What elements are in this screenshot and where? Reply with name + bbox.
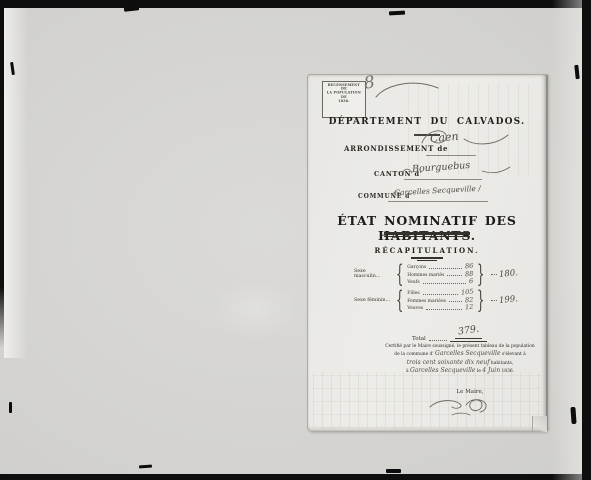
flourish-stroke bbox=[374, 79, 446, 101]
recap-male-group: Sexe masculin... { Garçons 86 Hommes mar… bbox=[354, 263, 518, 285]
stamp-line: 1836. bbox=[323, 99, 365, 103]
dotted-leader bbox=[491, 300, 497, 301]
certification-text: Certifié par le Maire soussigné, le prés… bbox=[380, 343, 540, 376]
recap-total-row: Total 379. bbox=[412, 318, 487, 342]
brace-close-icon: } bbox=[477, 289, 485, 311]
flourish-stroke bbox=[400, 161, 512, 179]
dotted-leader bbox=[449, 301, 462, 302]
cert-year: 1836. bbox=[501, 369, 514, 374]
male-subtotal: 180. bbox=[498, 268, 518, 280]
registration-mark bbox=[389, 11, 405, 16]
cert-date-value: 4 Juin bbox=[482, 367, 500, 374]
cert-print: à bbox=[406, 369, 409, 374]
cert-print: s'élevant à bbox=[502, 352, 526, 357]
microfilm-scan: RECENSEMENT DE LA POPULATION DE 1836. 8 … bbox=[0, 0, 591, 480]
recap-rule bbox=[411, 257, 443, 259]
row-value: 6 bbox=[469, 277, 474, 285]
registration-mark bbox=[386, 469, 401, 473]
certification-line: Certifié par le Maire soussigné, le prés… bbox=[380, 343, 540, 350]
registration-mark bbox=[124, 6, 139, 12]
cert-count-value: trois cent soixante dix neuf bbox=[407, 359, 490, 366]
total-underline: 379. bbox=[450, 318, 487, 342]
certification-line: trois cent soixante dix neuf habitants, bbox=[380, 359, 540, 367]
dotted-leader bbox=[423, 294, 458, 295]
mayor-signature-scribble bbox=[426, 395, 496, 419]
cert-print: le bbox=[477, 369, 481, 374]
recap-row: Garçons 86 bbox=[407, 263, 473, 270]
film-edge-glow-left bbox=[4, 8, 28, 358]
brace-open-icon: { bbox=[396, 263, 404, 285]
recap-row: Hommes mariés 88 bbox=[407, 270, 473, 277]
row-value: 12 bbox=[465, 303, 474, 312]
recap-row: Veufs 6 bbox=[407, 278, 473, 285]
recap-row: Filles 105 bbox=[407, 289, 473, 296]
dotted-leader bbox=[429, 340, 447, 341]
dotted-leader bbox=[429, 268, 462, 269]
census-stamp: RECENSEMENT DE LA POPULATION DE 1836. bbox=[322, 81, 366, 118]
female-subtotal: 199. bbox=[498, 294, 518, 306]
film-smudge bbox=[210, 280, 300, 340]
page-title: ÉTAT NOMINATIF DES HABITANTS. bbox=[308, 213, 546, 243]
blank-line bbox=[404, 179, 482, 180]
male-group-label: Sexe masculin... bbox=[354, 269, 392, 279]
dotted-leader bbox=[426, 309, 462, 310]
certification-line: de la commune d' Garcelles Secqueville s… bbox=[380, 350, 540, 358]
recap-row: Femmes mariées 82 bbox=[407, 296, 473, 303]
cert-print: Certifié par le Maire soussigné, le prés… bbox=[385, 344, 535, 349]
cert-print: habitants, bbox=[491, 361, 513, 366]
film-frame-top bbox=[0, 0, 591, 8]
title-rule bbox=[384, 236, 470, 237]
total-value: 379. bbox=[457, 324, 479, 338]
dotted-leader bbox=[491, 274, 497, 275]
registration-mark bbox=[139, 465, 152, 469]
recap-row: Veuves 12 bbox=[407, 304, 473, 311]
blank-line bbox=[388, 201, 488, 202]
row-label: Veuves bbox=[407, 306, 423, 311]
flourish-stroke bbox=[390, 183, 508, 201]
certification-line: à Garcelles Secqueville le 4 Juin 1836. bbox=[380, 367, 540, 375]
cert-commune-value: Garcelles Secqueville bbox=[435, 350, 501, 357]
cert-print: de la commune d' bbox=[394, 352, 433, 357]
document-page: RECENSEMENT DE LA POPULATION DE 1836. 8 … bbox=[307, 74, 548, 432]
recap-rule bbox=[417, 260, 437, 261]
cert-place-value: Garcelles Secqueville bbox=[410, 367, 476, 374]
film-frame-bottom bbox=[0, 474, 591, 480]
dotted-leader bbox=[423, 283, 466, 284]
recap-female-group: Sexe féminin... { Filles 105 Femmes mari… bbox=[354, 289, 518, 311]
title-rule bbox=[384, 232, 470, 235]
female-group-label: Sexe féminin... bbox=[354, 298, 392, 303]
brace-open-icon: { bbox=[396, 289, 404, 311]
total-label: Total bbox=[412, 336, 426, 342]
page-corner-fold bbox=[532, 416, 547, 432]
dotted-leader bbox=[447, 275, 462, 276]
recap-heading: RÉCAPITULATION. bbox=[308, 246, 546, 255]
film-frame-right bbox=[582, 0, 591, 480]
brace-close-icon: } bbox=[477, 263, 485, 285]
flourish-stroke bbox=[418, 125, 514, 153]
registration-mark bbox=[9, 402, 12, 413]
blank-line bbox=[426, 155, 476, 156]
row-label: Veufs bbox=[407, 280, 419, 285]
